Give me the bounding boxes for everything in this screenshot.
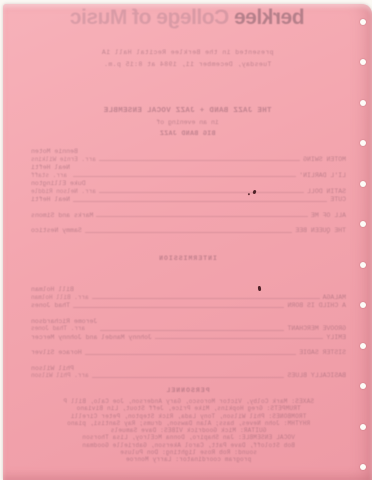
composer-name: Johnny Mandel and Johnny Mercer (31, 334, 152, 342)
composer-name: Neal Hefti (31, 196, 70, 204)
personnel-line: TROMBONES: Phil Wilson, Tony Lada, Rick … (63, 413, 314, 420)
composer-name: Phil Wilson (31, 365, 74, 372)
date-line: Tuesday, December 11, 1984 at 8:15 p.m. (3, 61, 372, 68)
piece-title: SISTER SADIE (299, 349, 346, 357)
personnel-line: SAXES: Mark Colby, Victor Morosco, Gary … (63, 398, 314, 405)
leader-line (99, 160, 300, 161)
leader-line (100, 330, 284, 331)
composer-name: Marks and Simons (31, 212, 93, 220)
ink-speck (258, 286, 262, 291)
concert-subtitle: in an evening of (3, 119, 372, 126)
composer-block: Jerome Richardsonarr. Thad Jones (31, 318, 97, 333)
leader-line (85, 232, 293, 233)
punch-hole (360, 464, 366, 470)
composer-block: Neal Heftiarr. staff (31, 164, 70, 179)
personnel-heading: PERSONNEL (3, 387, 372, 394)
leader-line (96, 216, 307, 217)
punch-hole (360, 424, 366, 430)
piece-title: MOTEN SWING (303, 156, 346, 164)
leader-line (155, 338, 324, 339)
arranger-credit: arr. staff (31, 172, 70, 180)
composer-name: Neal Hefti (31, 164, 70, 171)
composer-block: Bill Holmanarr. Bill Holman (31, 286, 89, 301)
personnel-line: VOCAL ENSEMBLE: Jan Shapiro, Donna McElr… (63, 434, 314, 441)
piece-title: BASICALLY BLUES (287, 372, 346, 380)
bleed-through-layer: berklee College of Music presented in th… (3, 4, 372, 480)
arranger-credit: arr. Nelson Riddle (31, 188, 96, 196)
punch-hole (360, 302, 366, 308)
punch-hole (360, 343, 366, 349)
program-row: GROOVE MERCHANT Jerome Richardsonarr. Th… (31, 318, 346, 333)
punch-hole (360, 19, 366, 25)
program-row: BASICALLY BLUES Phil Wilsonarr. Phil Wil… (31, 365, 346, 380)
composer-name: Sammy Nestico (31, 227, 82, 235)
program-row: A CHILD IS BORN Thad Jones (31, 302, 346, 310)
personnel-line: RHYTHM: John Neves, bass; Alan Dawson, d… (63, 420, 314, 427)
piece-title: ALL OF ME (311, 212, 346, 220)
program-row: SATIN DOLL Duke Ellingtonarr. Nelson Rid… (31, 180, 346, 195)
composer-name: Jerome Richardson (31, 318, 97, 325)
piece-title: CUTE (330, 196, 346, 204)
program-row: THE QUEEN BEE Sammy Nestico (31, 227, 346, 235)
personnel-line: Bob Stoloff, Dave Patt, Carol Akerson, G… (63, 442, 314, 449)
composer-name: Horace Silver (31, 349, 82, 357)
intermission-label: INTERMISSION (3, 255, 372, 262)
program-row: ALL OF ME Marks and Simons (31, 212, 346, 220)
leader-line (85, 354, 296, 355)
personnel-line: program coordinator: Larry Monroe (63, 456, 314, 463)
program-row: MOTEN SWING Bennie Motenarr. Ernie Wilki… (31, 148, 346, 163)
punch-hole (360, 59, 366, 65)
punch-hole (360, 140, 366, 146)
program-row: LI'L DARLIN' Neal Heftiarr. staff (31, 164, 346, 179)
piece-title: LI'L DARLIN' (299, 172, 346, 180)
program-first-set: MOTEN SWING Bennie Motenarr. Ernie Wilki… (31, 148, 346, 243)
personnel-list: SAXES: Mark Colby, Victor Morosco, Gary … (63, 398, 314, 464)
leader-line (73, 201, 327, 202)
composer-block: Duke Ellingtonarr. Nelson Riddle (31, 180, 96, 195)
piece-title: EMILY (326, 334, 346, 342)
leader-line (92, 298, 320, 299)
concert-subtitle-2: BIG BAND JAZZ (3, 130, 372, 137)
punch-hole (360, 100, 366, 106)
scanned-pink-page: berklee College of Music presented in th… (3, 4, 372, 480)
composer-block: Phil Wilsonarr. Phil Wilson (31, 365, 89, 380)
punch-hole (360, 262, 366, 268)
punch-hole (360, 221, 366, 227)
punch-hole (360, 181, 366, 187)
composer-name: Thad Jones (31, 302, 70, 310)
composer-name: Duke Ellington (31, 180, 86, 187)
arranger-credit: arr. Bill Holman (31, 294, 89, 302)
composer-block: Bennie Motenarr. Ernie Wilkins (31, 148, 96, 163)
piece-title: MALAGA (323, 294, 346, 302)
ink-speck (252, 190, 256, 195)
composer-name: Bill Holman (31, 286, 74, 293)
leader-line (73, 307, 284, 308)
personnel-line: GUITAR: Mick Goodrick VIBES: Dave Samuel… (63, 427, 314, 434)
personnel-line: sound: Rob Rose lighting: Don Puluse (63, 449, 314, 456)
concert-title: THE JAZZ BAND + JAZZ VOCAL ENSEMBLE (3, 107, 372, 115)
college-logo-wordmark: berklee (235, 6, 305, 29)
program-row: SISTER SADIE Horace Silver (31, 349, 346, 357)
personnel-line: TRUMPETS: Greg Hopkins, Mike Price, Jeff… (63, 405, 314, 412)
college-logo: berklee College of Music (3, 6, 372, 30)
piece-title: A CHILD IS BORN (287, 302, 346, 310)
piece-title: SATIN DOLL (307, 188, 346, 196)
program-row: MALAGA Bill Holmanarr. Bill Holman (31, 286, 346, 301)
arranger-credit: arr. Phil Wilson (31, 372, 89, 380)
arranger-credit: arr. Thad Jones (31, 325, 97, 333)
college-logo-suffix: College of Music (70, 6, 234, 29)
punch-hole (360, 383, 366, 389)
program-second-set: MALAGA Bill Holmanarr. Bill Holman A CHI… (31, 286, 346, 381)
arranger-credit: arr. Ernie Wilkins (31, 156, 96, 164)
leader-line (99, 192, 304, 193)
piece-title: GROOVE MERCHANT (287, 325, 346, 333)
leader-line (73, 176, 296, 177)
leader-line (92, 377, 285, 378)
program-row: EMILY Johnny Mandel and Johnny Mercer (31, 334, 346, 342)
composer-name: Bennie Moten (31, 148, 78, 155)
program-row: CUTE Neal Hefti (31, 196, 346, 204)
piece-title: THE QUEEN BEE (295, 227, 346, 235)
venue-line: presented in the Berklee Recital Hall 1A (3, 49, 372, 56)
